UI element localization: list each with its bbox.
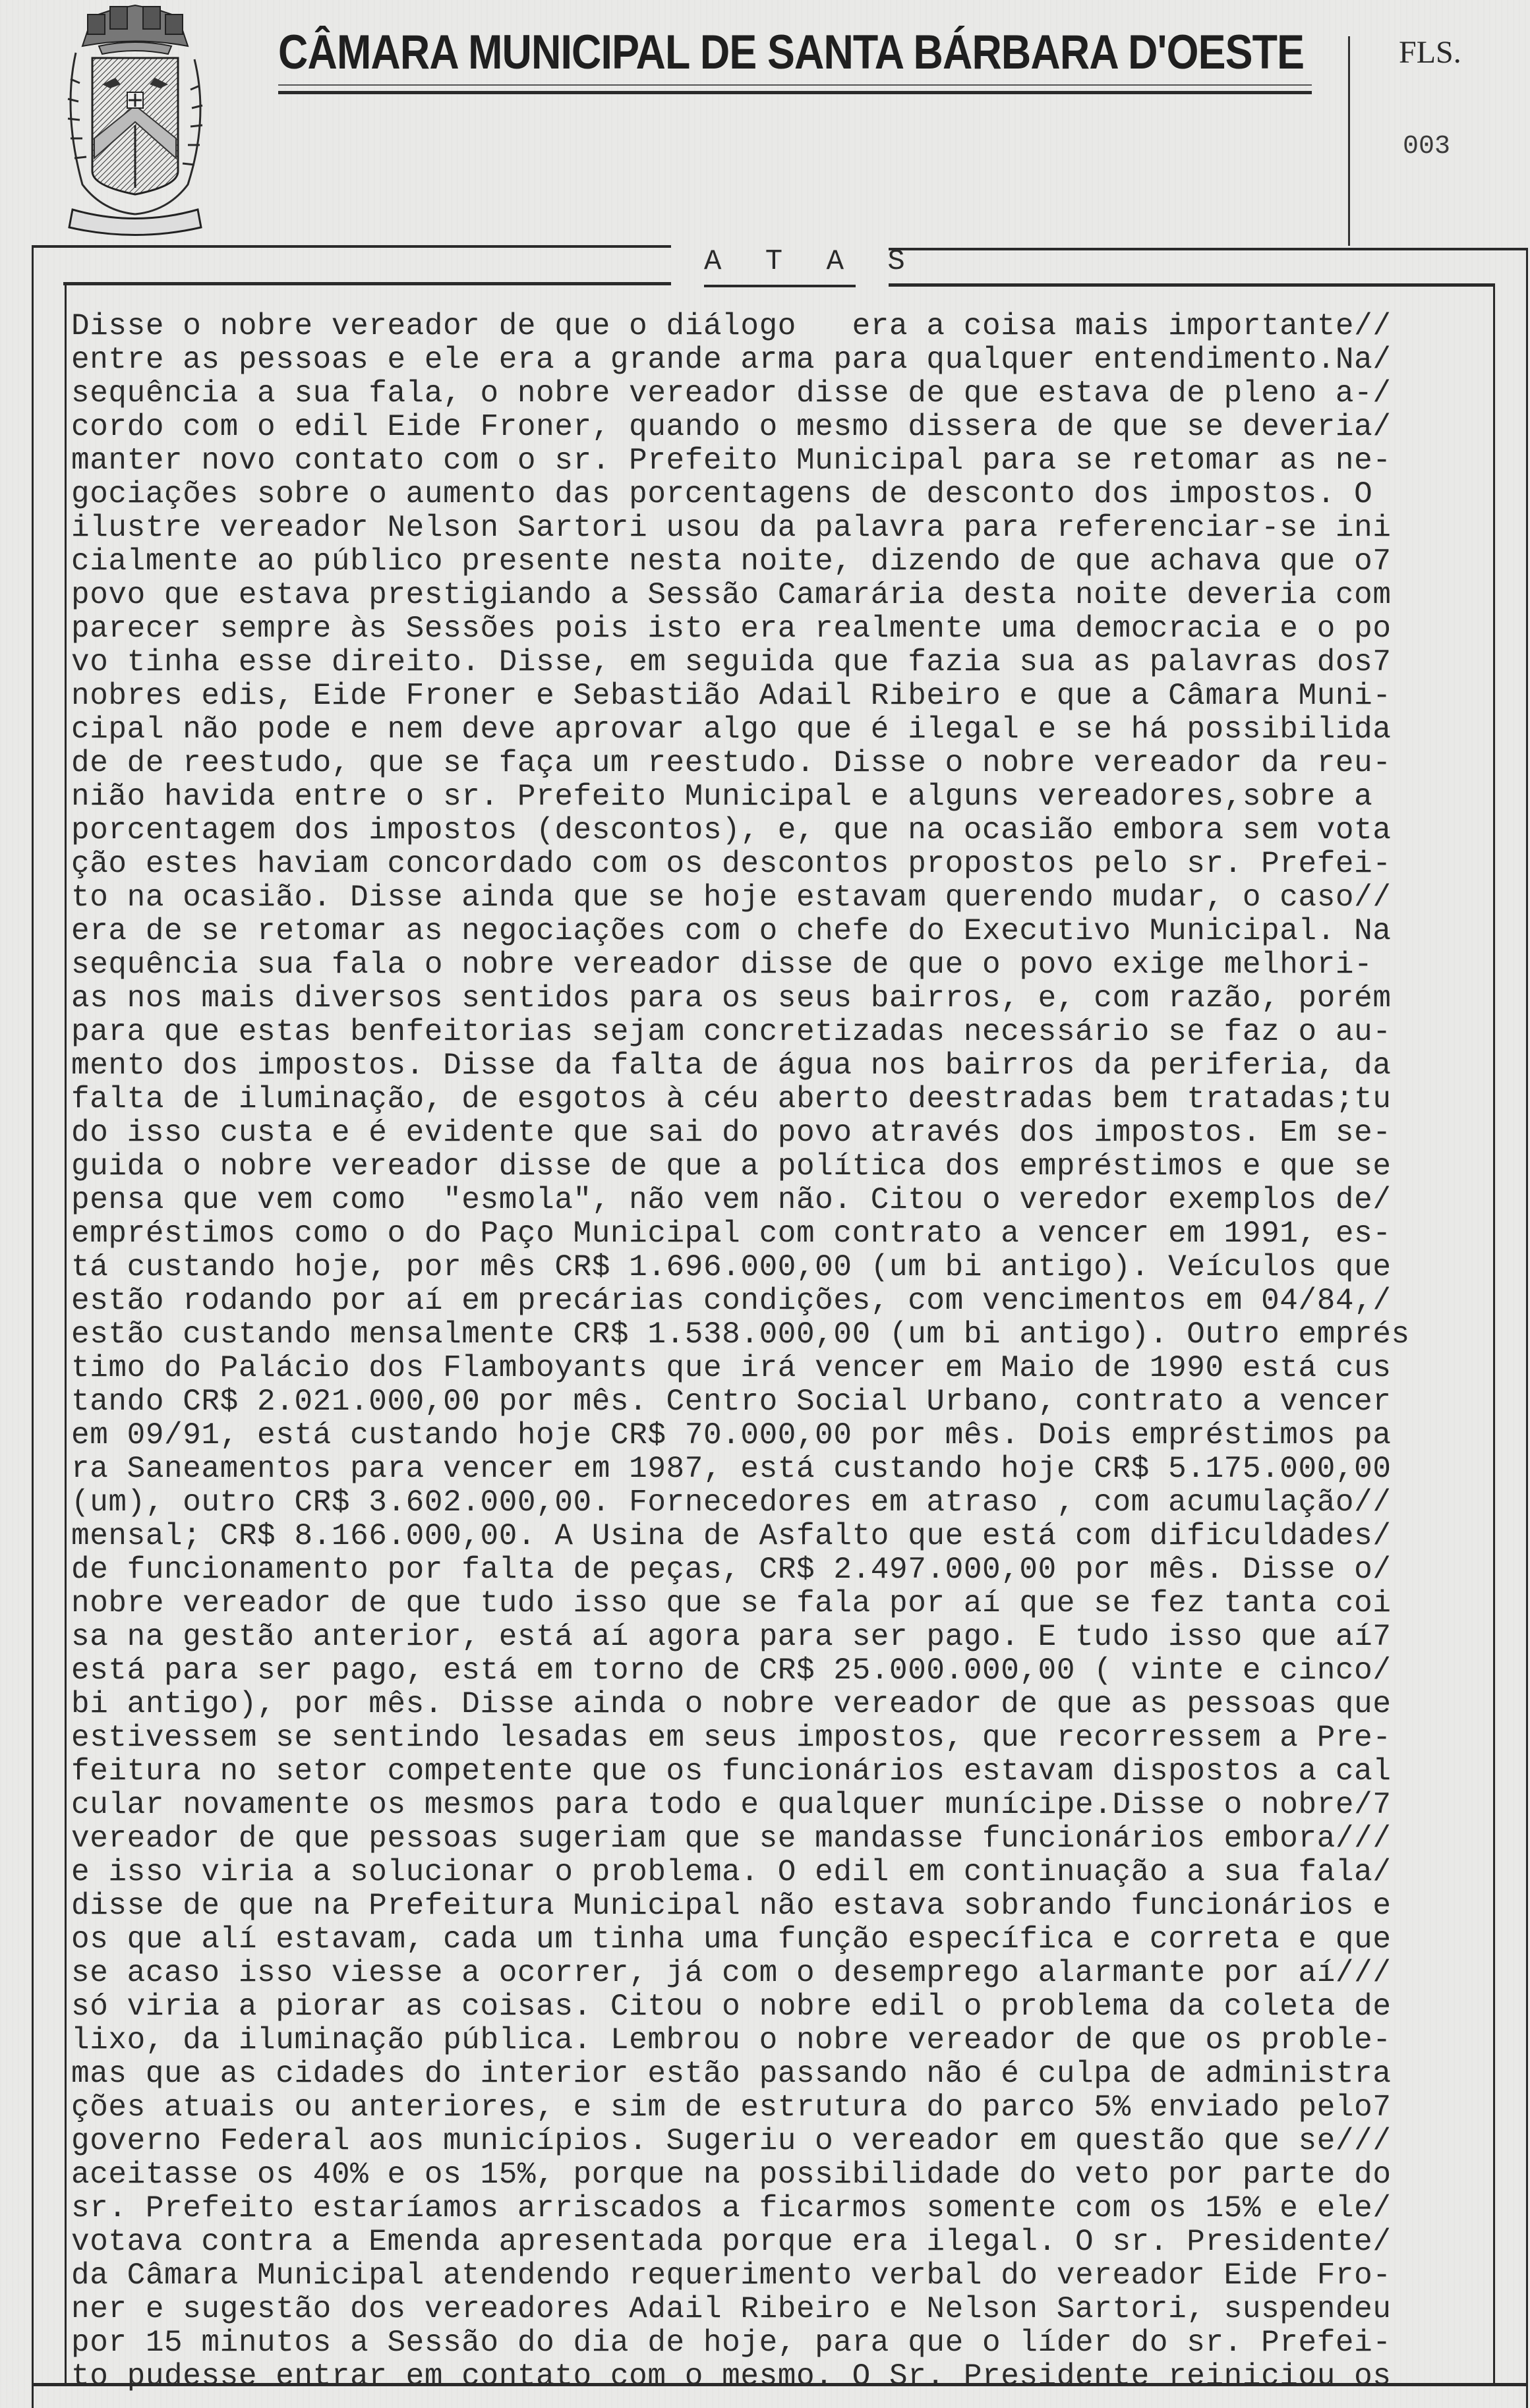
text-line: sequência a sua fala, o nobre vereador d… <box>71 377 1495 411</box>
text-line: sa na gestão anterior, está aí agora par… <box>71 1620 1495 1654</box>
text-line: só viria a piorar as coisas. Citou o nob… <box>71 1990 1495 2024</box>
text-line: ilustre vereador Nelson Sartori usou da … <box>71 511 1495 545</box>
text-line: lixo, da iluminação pública. Lembrou o n… <box>71 2024 1495 2057</box>
section-title: A T A S <box>704 245 918 278</box>
minutes-body-text: Disse o nobre vereador de que o diálogo … <box>71 310 1495 2394</box>
text-line: nobres edis, Eide Froner e Sebastião Ada… <box>71 679 1495 713</box>
sheet-number: 003 <box>1403 132 1450 161</box>
text-line: cipal não pode e nem deve aprovar algo q… <box>71 713 1495 747</box>
text-line: estivessem se sentindo lesadas em seus i… <box>71 1721 1495 1755</box>
text-line: governo Federal aos municípios. Sugeriu … <box>71 2125 1495 2158</box>
text-line: feitura no setor competente que os funci… <box>71 1755 1495 1789</box>
text-line: (um), outro CR$ 3.602.000,00. Fornecedor… <box>71 1486 1495 1520</box>
text-line: está para ser pago, está em torno de CR$… <box>71 1654 1495 1688</box>
text-line: timo do Palácio dos Flamboyants que irá … <box>71 1352 1495 1385</box>
text-line: tá custando hoje, por mês CR$ 1.696.000,… <box>71 1251 1495 1284</box>
text-line: do isso custa e é evidente que sai do po… <box>71 1116 1495 1150</box>
text-line: e isso viria a solucionar o problema. O … <box>71 1856 1495 1889</box>
text-line: da Câmara Municipal atendendo requerimen… <box>71 2259 1495 2293</box>
text-line: mento dos impostos. Disse da falta de ág… <box>71 1049 1495 1083</box>
text-line: nião havida entre o sr. Prefeito Municip… <box>71 780 1495 814</box>
text-line: sequência sua fala o nobre vereador diss… <box>71 948 1495 982</box>
text-line: ra Saneamentos para vencer em 1987, está… <box>71 1452 1495 1486</box>
text-line: se acaso isso viesse a ocorrer, já com o… <box>71 1957 1495 1990</box>
text-line: os que alí estavam, cada um tinha uma fu… <box>71 1923 1495 1957</box>
text-line: para que estas benfeitorias sejam concre… <box>71 1016 1495 1049</box>
text-line: cialmente ao público presente nesta noit… <box>71 545 1495 579</box>
text-line: cular novamente os mesmos para todo e qu… <box>71 1789 1495 1822</box>
text-line: mensal; CR$ 8.166.000,00. A Usina de Asf… <box>71 1520 1495 1553</box>
text-line: gociações sobre o aumento das porcentage… <box>71 478 1495 511</box>
header-rule-thick <box>278 91 1312 94</box>
frame-rule <box>889 248 1528 250</box>
text-line: era de se retomar as negociações com o c… <box>71 915 1495 948</box>
text-line: mas que as cidades do interior estão pas… <box>71 2057 1495 2091</box>
text-line: estão rodando por aí em precárias condiç… <box>71 1284 1495 1318</box>
text-line: to pudesse entrar em contato com o mesmo… <box>71 2360 1495 2394</box>
text-line: entre as pessoas e ele era a grande arma… <box>71 343 1495 377</box>
frame-rule <box>32 245 671 248</box>
header-rule-thin <box>278 84 1312 86</box>
text-line: nobre vereador de que tudo isso que se f… <box>71 1587 1495 1620</box>
text-line: vereador de que pessoas sugeriam que se … <box>71 1822 1495 1856</box>
text-line: empréstimos como o do Paço Municipal com… <box>71 1217 1495 1251</box>
text-line: de de reestudo, que se faça um reestudo.… <box>71 747 1495 780</box>
text-line: de funcionamento por falta de peças, CR$… <box>71 1553 1495 1587</box>
text-line: votava contra a Emenda apresentada porqu… <box>71 2225 1495 2259</box>
text-line: as nos mais diversos sentidos para os se… <box>71 982 1495 1016</box>
text-line: falta de iluminação, de esgotos à céu ab… <box>71 1083 1495 1116</box>
text-line: cordo com o edil Eide Froner, quando o m… <box>71 411 1495 444</box>
text-line: tando CR$ 2.021.000,00 por mês. Centro S… <box>71 1385 1495 1419</box>
text-line: pensa que vem como "esmola", não vem não… <box>71 1184 1495 1217</box>
text-line: manter novo contato com o sr. Prefeito M… <box>71 444 1495 478</box>
text-line: sr. Prefeito estaríamos arriscados a fic… <box>71 2192 1495 2225</box>
text-line: porcentagem dos impostos (descontos), e,… <box>71 814 1495 847</box>
text-line: bi antigo), por mês. Disse ainda o nobre… <box>71 1688 1495 1721</box>
sheet-label: FLS. <box>1399 34 1461 71</box>
header-vertical-separator <box>1348 36 1350 246</box>
text-line: por 15 minutos a Sessão do dia de hoje, … <box>71 2326 1495 2360</box>
text-line: ner e sugestão dos vereadores Adail Ribe… <box>71 2293 1495 2326</box>
institution-title: CÂMARA MUNICIPAL DE SANTA BÁRBARA D'OEST… <box>278 25 1168 80</box>
text-line: povo que estava prestigiando a Sessão Ca… <box>71 579 1495 612</box>
text-line: Disse o nobre vereador de que o diálogo … <box>71 310 1495 343</box>
text-line: ções atuais ou anteriores, e sim de estr… <box>71 2091 1495 2125</box>
text-line: estão custando mensalmente CR$ 1.538.000… <box>71 1318 1495 1352</box>
text-line: em 09/91, está custando hoje CR$ 70.000,… <box>71 1419 1495 1452</box>
text-line: disse de que na Prefeitura Municipal não… <box>71 1889 1495 1923</box>
text-line: to na ocasião. Disse ainda que se hoje e… <box>71 881 1495 915</box>
text-line: vo tinha esse direito. Disse, em seguida… <box>71 646 1495 679</box>
text-line: parecer sempre às Sessões pois isto era … <box>71 612 1495 646</box>
text-line: guida o nobre vereador disse de que a po… <box>71 1150 1495 1184</box>
text-line: ção estes haviam concordado com os desco… <box>71 847 1495 881</box>
text-line: aceitasse os 40% e os 15%, porque na pos… <box>71 2158 1495 2192</box>
coat-of-arms-icon <box>36 0 234 241</box>
